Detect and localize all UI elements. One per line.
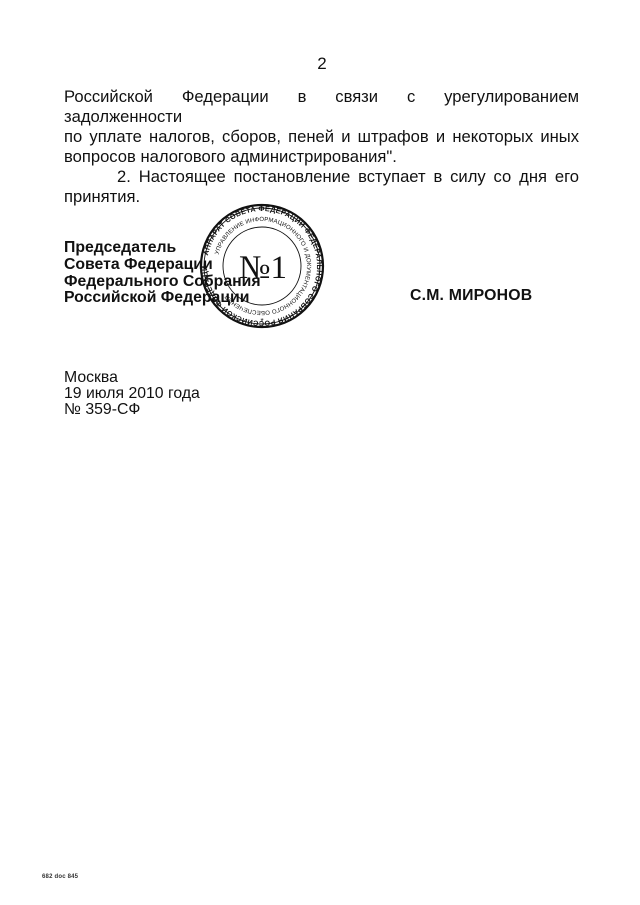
paragraph-1-line-2: по уплате налогов, сборов, пеней и штраф…: [64, 127, 579, 147]
city: Москва: [64, 370, 200, 386]
paragraph-1-line-3: вопросов налогового администрирования".: [64, 147, 579, 167]
paragraph-2-line-1: 2. Настоящее постановление вступает в си…: [64, 167, 579, 187]
official-stamp: АППАРАТ СОВЕТА ФЕДЕРАЦИИ ФЕДЕРАЛЬНОГО СО…: [199, 202, 325, 330]
svg-text:*: *: [260, 317, 263, 326]
document-number: № 359-СФ: [64, 402, 200, 418]
paragraph-1-line-1: Российской Федерации в связи с урегулиро…: [64, 87, 579, 127]
svg-text:№1: №1: [239, 250, 287, 286]
footer-code: 682 doc 845: [42, 874, 78, 880]
place-date-block: Москва 19 июля 2010 года № 359-СФ: [64, 370, 200, 417]
stamp-seal-icon: АППАРАТ СОВЕТА ФЕДЕРАЦИИ ФЕДЕРАЛЬНОГО СО…: [199, 202, 325, 330]
body-text: Российской Федерации в связи с урегулиро…: [64, 87, 579, 207]
signatory-name: С.М. МИРОНОВ: [410, 287, 532, 305]
date: 19 июля 2010 года: [64, 386, 200, 402]
page-number: 2: [0, 54, 640, 74]
